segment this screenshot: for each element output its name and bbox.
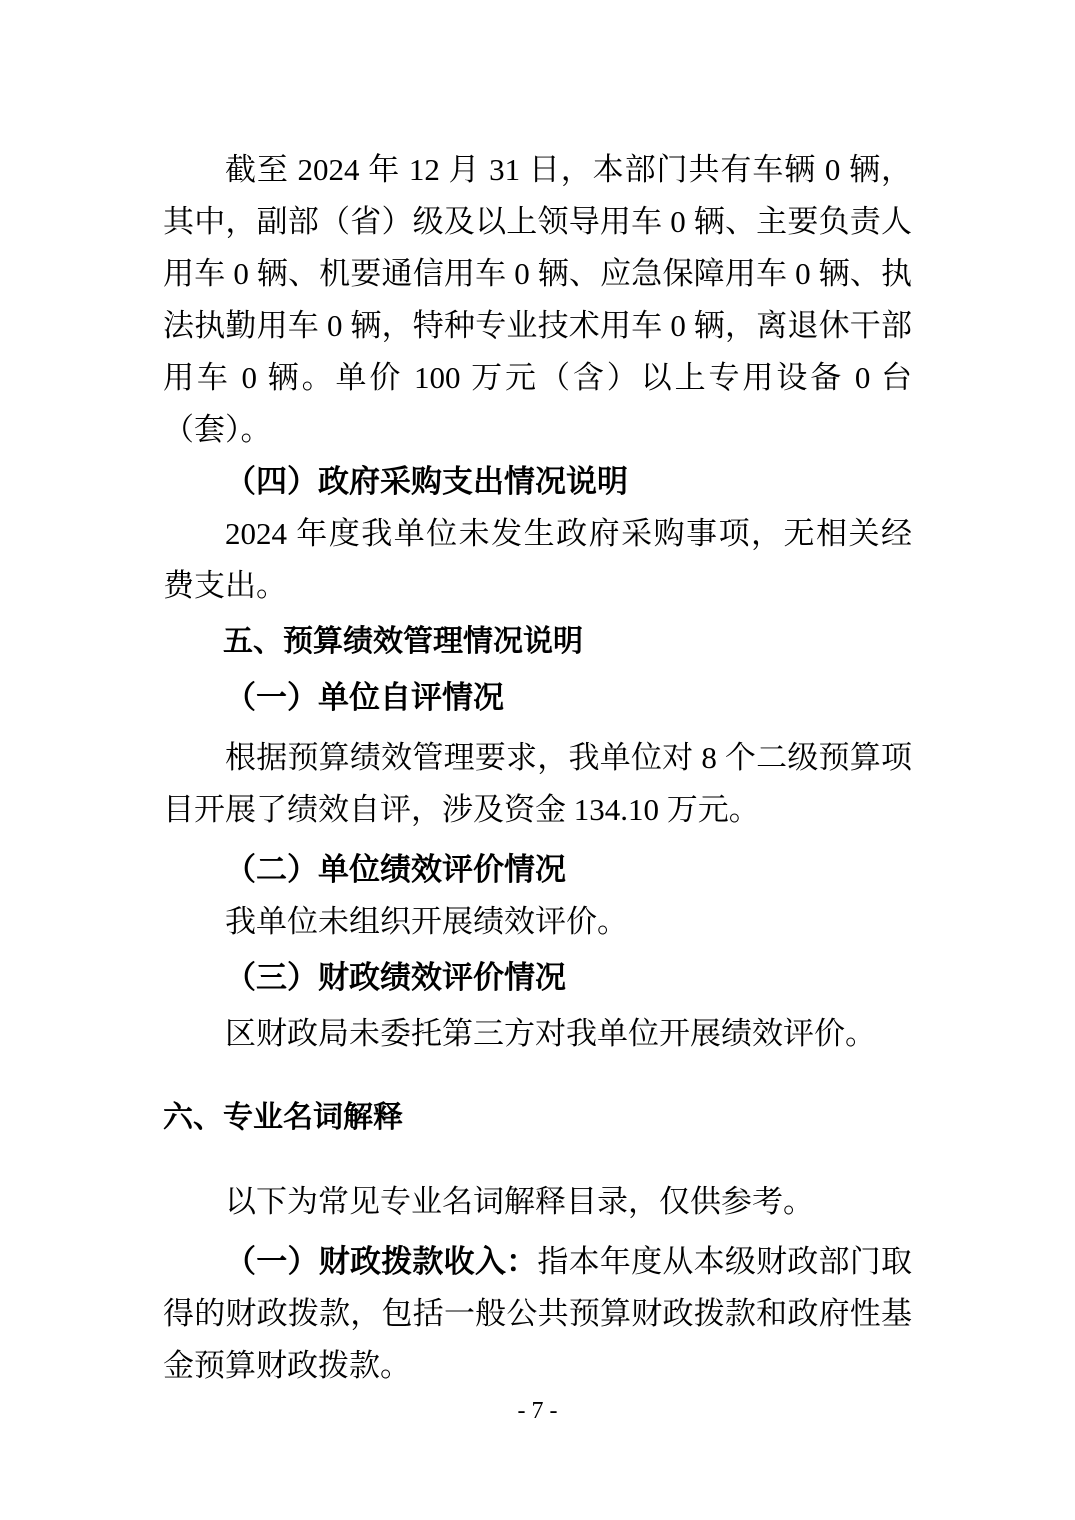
document-body: 截至 2024 年 12 月 31 日，本部门共有车辆 0 辆，其中，副部（省）… <box>163 144 912 1392</box>
paragraph-term-fiscal-appropriation: （一）财政拨款收入：指本年度从本级财政部门取得的财政拨款，包括一般公共预算财政拨… <box>163 1236 912 1392</box>
heading-budget-performance-management: 五、预算绩效管理情况说明 <box>163 616 912 668</box>
page-footer: - 7 - <box>0 1398 1075 1425</box>
paragraph-vehicle-assets: 截至 2024 年 12 月 31 日，本部门共有车辆 0 辆，其中，副部（省）… <box>163 144 912 456</box>
heading-fiscal-performance-evaluation: （三）财政绩效评价情况 <box>163 952 912 1004</box>
paragraph-procurement: 2024 年度我单位未发生政府采购事项，无相关经费支出。 <box>163 508 912 612</box>
page-number: - 7 - <box>518 1398 558 1424</box>
paragraph-glossary-intro: 以下为常见专业名词解释目录，仅供参考。 <box>163 1176 912 1228</box>
document-page: 截至 2024 年 12 月 31 日，本部门共有车辆 0 辆，其中，副部（省）… <box>0 0 1075 1520</box>
term-fiscal-appropriation-label: （一）财政拨款收入： <box>225 1244 537 1279</box>
heading-self-evaluation: （一）单位自评情况 <box>163 672 912 724</box>
heading-government-procurement: （四）政府采购支出情况说明 <box>163 456 912 508</box>
heading-glossary: 六、专业名词解释 <box>163 1092 912 1144</box>
paragraph-unit-performance-evaluation: 我单位未组织开展绩效评价。 <box>163 896 912 948</box>
heading-unit-performance-evaluation: （二）单位绩效评价情况 <box>163 844 912 896</box>
paragraph-fiscal-performance-evaluation: 区财政局未委托第三方对我单位开展绩效评价。 <box>163 1008 912 1060</box>
paragraph-self-evaluation: 根据预算绩效管理要求，我单位对 8 个二级预算项目开展了绩效自评，涉及资金 13… <box>163 732 912 836</box>
